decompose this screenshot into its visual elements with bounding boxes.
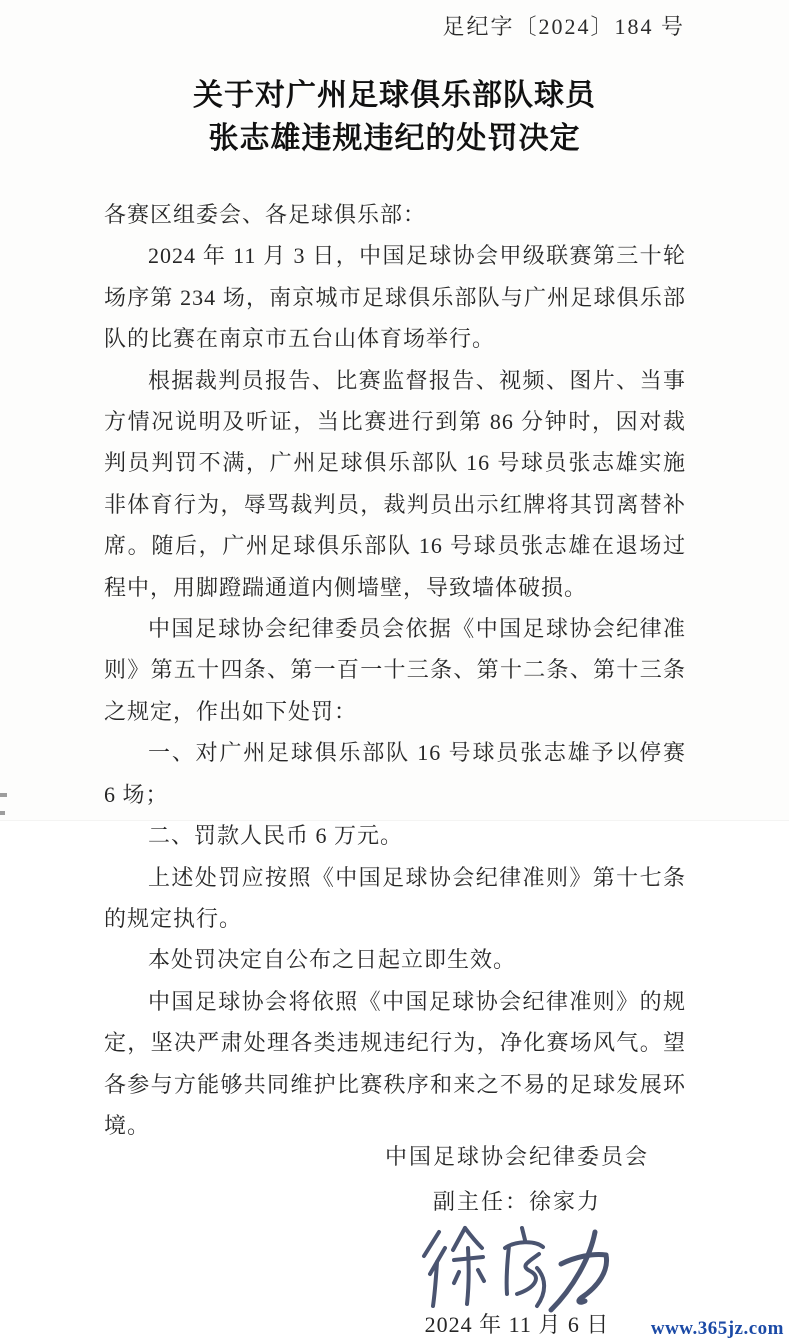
- document-reference-number: 足纪字〔2024〕184 号: [442, 10, 685, 41]
- body-paragraph: 中国足球协会纪律委员会依据《中国足球协会纪律准则》第五十四条、第一百一十三条、第…: [104, 608, 686, 732]
- body-paragraph-penalty-2: 二、罚款人民币 6 万元。: [104, 815, 686, 856]
- document-title-line-2: 张志雄违规违纪的处罚决定: [0, 117, 789, 160]
- body-paragraph: 中国足球协会将依照《中国足球协会纪律准则》的规定，坚决严肃处理各类违规违纪行为，…: [104, 981, 686, 1147]
- body-paragraph: 根据裁判员报告、比赛监督报告、视频、图片、当事方情况说明及听证，当比赛进行到第 …: [104, 360, 686, 608]
- watermark-url: www.365jz.com: [651, 1318, 784, 1340]
- body-paragraph: 本处罚决定自公布之日起立即生效。: [104, 939, 686, 980]
- scan-noise-speck: [0, 811, 5, 815]
- scan-noise-speck: [0, 793, 7, 797]
- document-date: 2024 年 11 月 6 日: [337, 1308, 697, 1339]
- document-title-line-1: 关于对广州足球俱乐部队球员: [0, 74, 789, 117]
- body-paragraph: 2024 年 11 月 3 日，中国足球协会甲级联赛第三十轮场序第 234 场，…: [104, 235, 686, 359]
- issuing-org-name: 中国足球协会纪律委员会: [337, 1140, 697, 1171]
- document-title: 关于对广州足球俱乐部队球员 张志雄违规违纪的处罚决定: [0, 74, 789, 160]
- salutation: 各赛区组委会、各足球俱乐部：: [104, 194, 686, 235]
- scanned-document-page: { "doc": { "doc_number": "足纪字〔2024〕184 号…: [0, 0, 789, 1344]
- body-paragraph-penalty-1: 一、对广州足球俱乐部队 16 号球员张志雄予以停赛 6 场；: [104, 732, 686, 815]
- body-paragraph: 上述处罚应按照《中国足球协会纪律准则》第十七条的规定执行。: [104, 857, 686, 940]
- document-body: 各赛区组委会、各足球俱乐部： 2024 年 11 月 3 日，中国足球协会甲级联…: [104, 194, 686, 1146]
- signer-title-and-name: 副主任：徐家力: [337, 1185, 697, 1216]
- signature-block: 中国足球协会纪律委员会 副主任：徐家力 2024 年 11 月 6 日: [337, 1140, 697, 1339]
- handwritten-signature: [409, 1216, 625, 1314]
